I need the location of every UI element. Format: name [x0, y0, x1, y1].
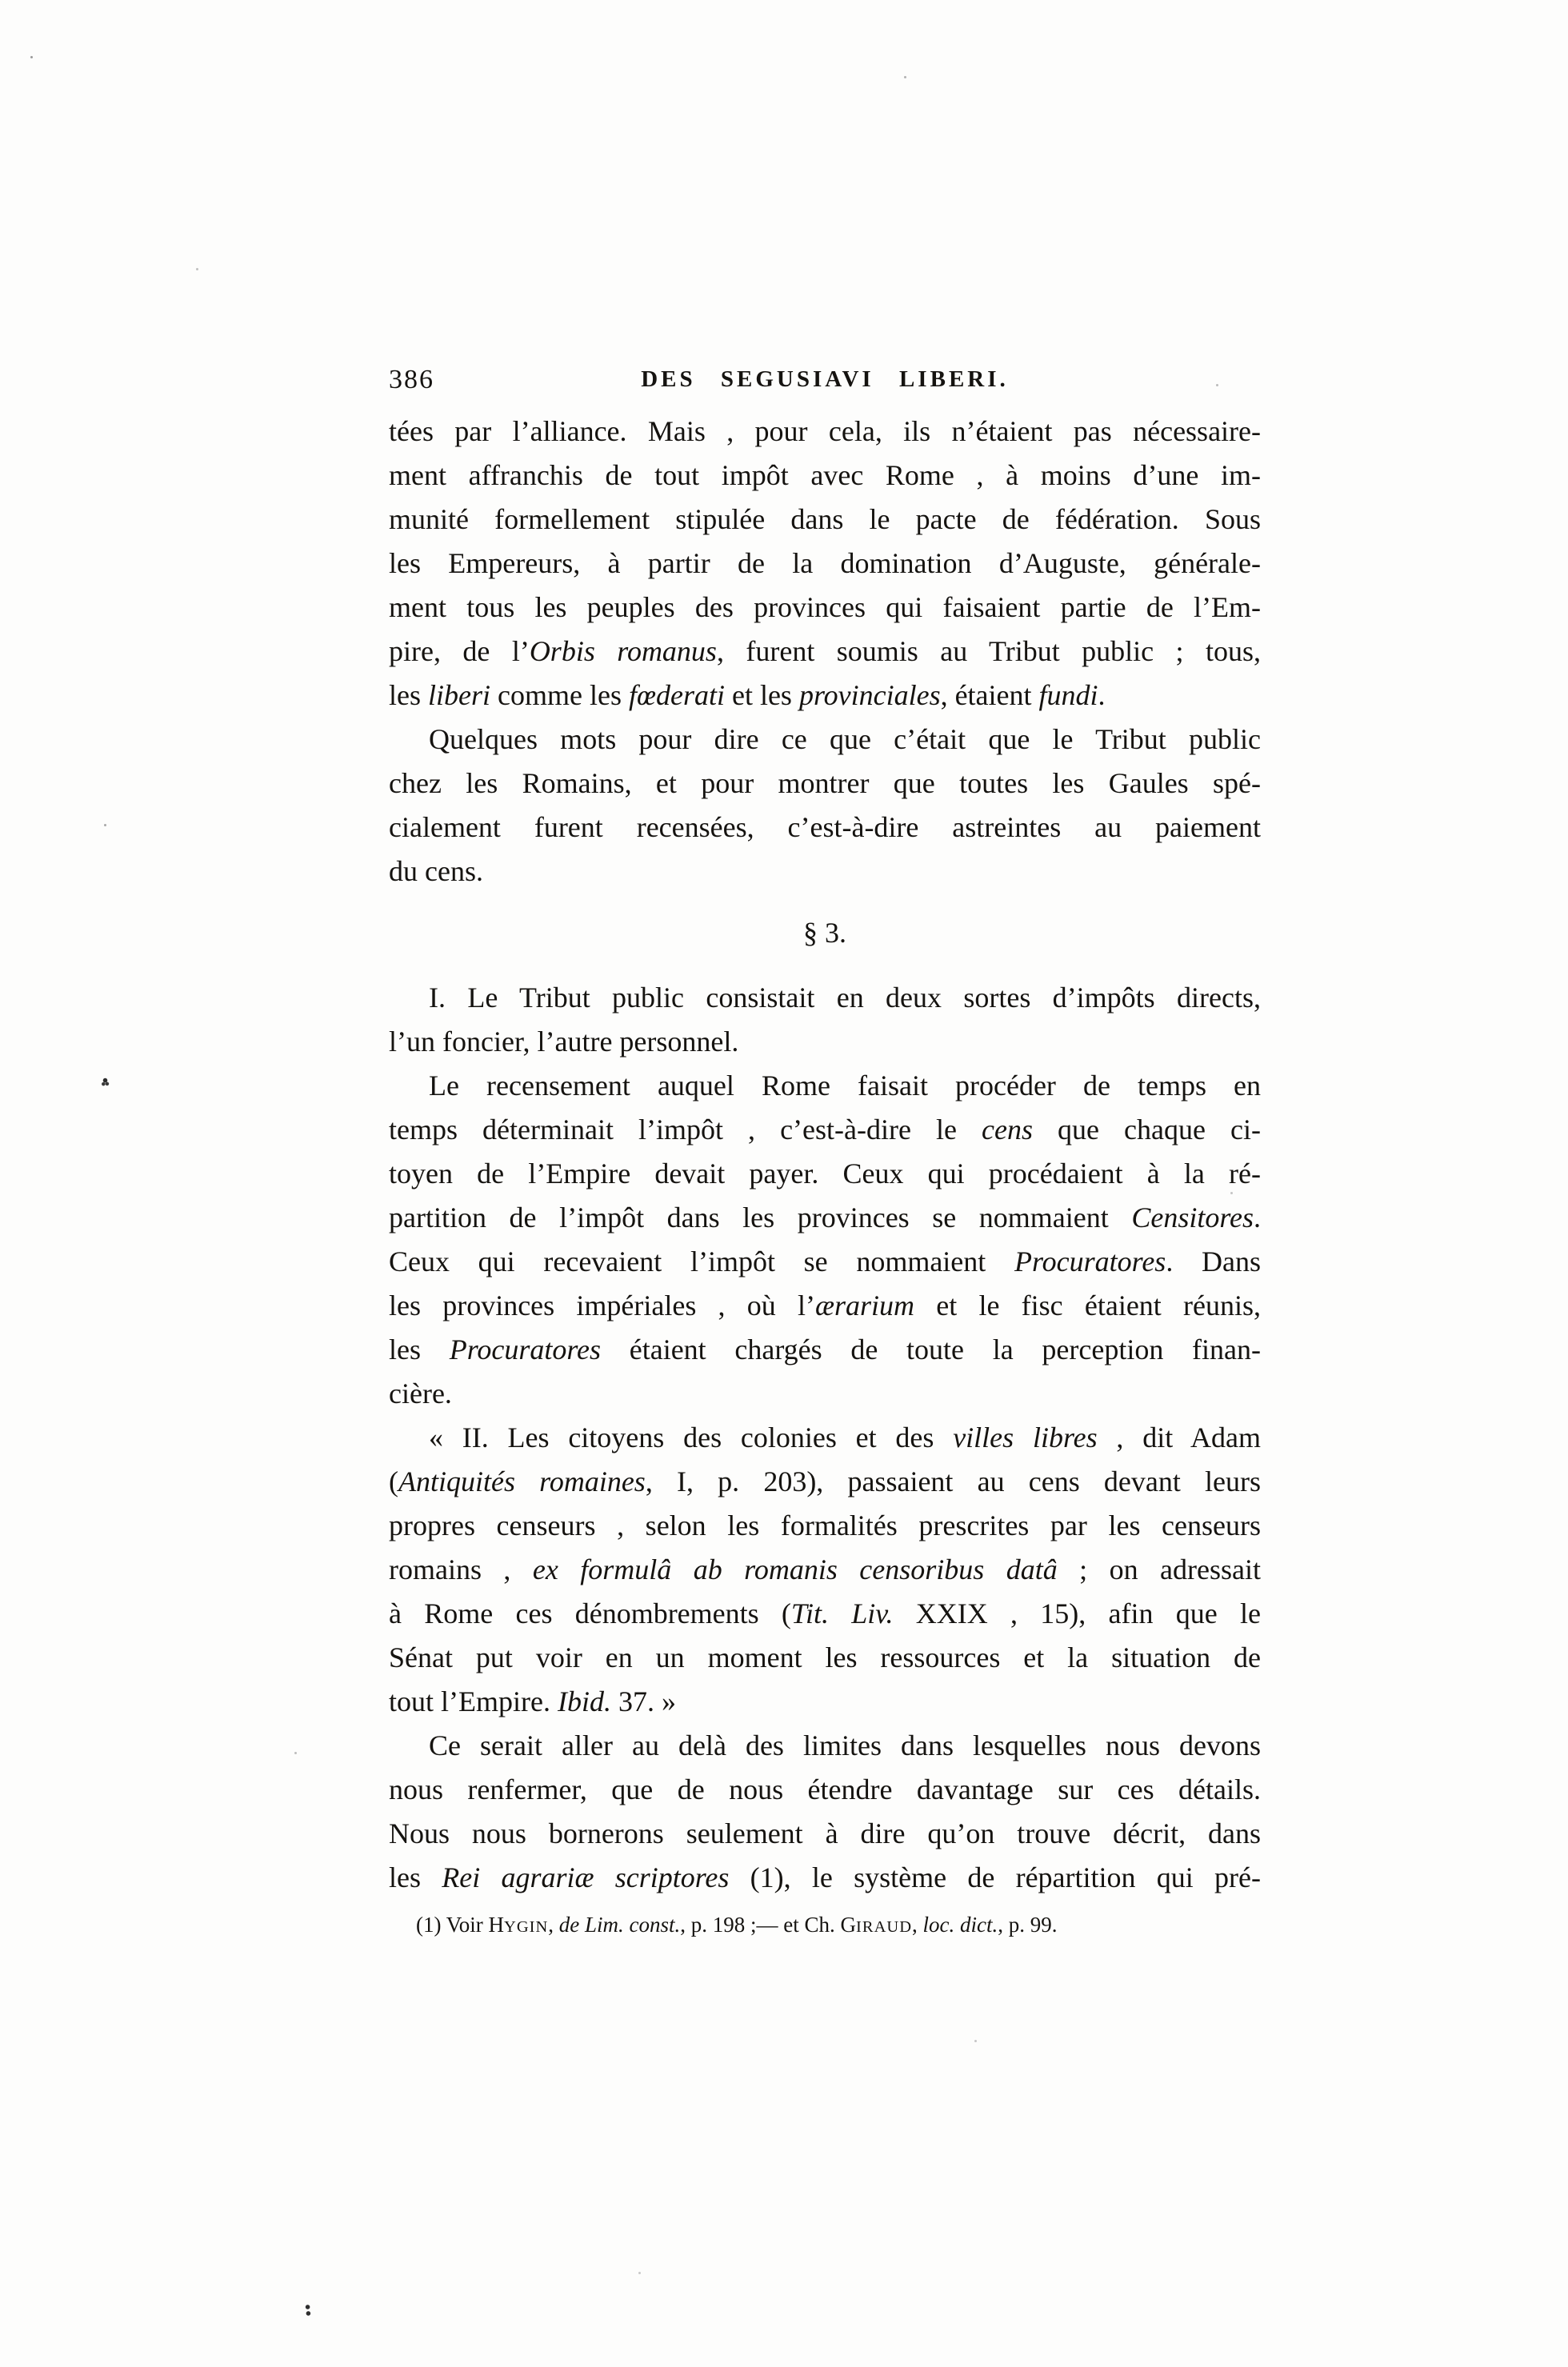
text-line: Le recensement auquel Rome faisait procé…: [389, 1064, 1261, 1108]
italic-text: loc. dict.: [923, 1913, 998, 1937]
text-segment: munité formellement stipulée dans le pac…: [389, 503, 1261, 535]
section-heading: § 3.: [389, 911, 1261, 955]
italic-text: villes libres: [953, 1421, 1097, 1453]
text-segment: XXIX , 15), afin que le: [894, 1597, 1261, 1629]
italic-text: ex formulâ ab romanis censoribus datâ: [533, 1553, 1058, 1585]
footnote: (1) Voir HYGIN, de Lim. const., p. 198 ;…: [389, 1910, 1261, 1941]
italic-text: fœderati: [629, 679, 725, 711]
bottom-scan-mark: [305, 2304, 311, 2317]
text-line: « II. Les citoyens des colonies et des v…: [389, 1416, 1261, 1460]
text-segment: , p. 198 ;— et Ch.: [680, 1913, 840, 1937]
text-segment: .: [1098, 679, 1106, 711]
text-segment: partition de l’impôt dans les provinces …: [389, 1201, 1131, 1233]
italic-text: Censitores: [1131, 1201, 1254, 1233]
text-line: cière.: [389, 1372, 1261, 1416]
text-segment: (: [389, 1465, 398, 1497]
text-line: romains , ex formulâ ab romanis censorib…: [389, 1548, 1261, 1592]
text-line: les provinces impériales , où l’ærarium …: [389, 1284, 1261, 1328]
text-line: Sénat put voir en un moment les ressourc…: [389, 1636, 1261, 1680]
text-segment: les provinces impériales , où l’: [389, 1289, 815, 1321]
text-segment: à Rome ces dénombrements (: [389, 1597, 791, 1629]
text-segment: toyen de l’Empire devait payer. Ceux qui…: [389, 1158, 1261, 1189]
text-segment: ,: [912, 1913, 923, 1937]
text-line: (1) Voir HYGIN, de Lim. const., p. 198 ;…: [389, 1910, 1261, 1941]
scan-speckles: [30, 56, 33, 58]
text-line: cialement furent recensées, c’est-à-dire…: [389, 806, 1261, 850]
smallcaps-text: H: [489, 1913, 505, 1937]
text-line: Ce serait aller au delà des limites dans…: [389, 1724, 1261, 1768]
running-title: DES SEGUSIAVI LIBERI.: [389, 362, 1261, 393]
text-segment: nous renfermer, que de nous étendre dava…: [389, 1773, 1261, 1805]
italic-text: liberi: [428, 679, 490, 711]
text-segment: 37. »: [611, 1685, 676, 1717]
text-segment: ; on adressait: [1058, 1553, 1261, 1585]
text-line: les Rei agrariæ scriptores (1), le systè…: [389, 1856, 1261, 1900]
text-line: à Rome ces dénombrements (Tit. Liv. XXIX…: [389, 1592, 1261, 1636]
text-segment: , I, p. 203), passaient au cens devant l…: [646, 1465, 1261, 1497]
text-line: tout l’Empire. Ibid. 37. »: [389, 1680, 1261, 1724]
text-line: munité formellement stipulée dans le pac…: [389, 498, 1261, 542]
text-line: du cens.: [389, 850, 1261, 894]
text-segment: les Empereurs, à partir de la domination…: [389, 547, 1261, 579]
text-segment: les: [389, 1861, 442, 1893]
text-line: partition de l’impôt dans les provinces …: [389, 1196, 1261, 1240]
italic-text: Orbis romanus: [530, 635, 717, 667]
text-line: chez les Romains, et pour montrer que to…: [389, 762, 1261, 806]
page-header: 386 DES SEGUSIAVI LIBERI.: [389, 362, 1261, 398]
scanned-page: 386 DES SEGUSIAVI LIBERI. tées par l’all…: [0, 0, 1568, 2367]
italic-text: ærarium: [815, 1289, 914, 1321]
paragraph: I. Le Tribut public consistait en deux s…: [389, 976, 1261, 1064]
paragraph: Le recensement auquel Rome faisait procé…: [389, 1064, 1261, 1416]
text-segment: , furent soumis au Tribut public ; tous,: [717, 635, 1261, 667]
italic-text: fundi: [1039, 679, 1098, 711]
text-segment: pire, de l’: [389, 635, 530, 667]
text-segment: romains ,: [389, 1553, 533, 1585]
text-line: (Antiquités romaines, I, p. 203), passai…: [389, 1460, 1261, 1504]
italic-text: Procuratores: [1014, 1245, 1166, 1277]
body-text: tées par l’alliance. Mais , pour cela, i…: [389, 410, 1261, 1900]
text-line: Quelques mots pour dire ce que c’était q…: [389, 718, 1261, 762]
text-segment: les: [389, 1333, 450, 1365]
text-line: nous renfermer, que de nous étendre dava…: [389, 1768, 1261, 1812]
text-segment: et les: [725, 679, 799, 711]
text-line: les Procuratores étaient chargés de tout…: [389, 1328, 1261, 1372]
text-segment: temps déterminait l’impôt , c’est-à-dire…: [389, 1114, 982, 1146]
text-line: propres censeurs , selon les formalités …: [389, 1504, 1261, 1548]
text-segment: ment affranchis de tout impôt avec Rome …: [389, 459, 1261, 491]
text-segment: étaient chargés de toute la perception f…: [601, 1333, 1261, 1365]
text-line: pire, de l’Orbis romanus, furent soumis …: [389, 630, 1261, 674]
text-segment: Sénat put voir en un moment les ressourc…: [389, 1641, 1261, 1673]
text-line: ment tous les peuples des provinces qui …: [389, 586, 1261, 630]
text-segment: ment tous les peuples des provinces qui …: [389, 591, 1261, 623]
margin-mark: [101, 1077, 110, 1087]
text-segment: cialement furent recensées, c’est-à-dire…: [389, 811, 1261, 843]
text-line: Nous nous bornerons seulement à dire qu’…: [389, 1812, 1261, 1856]
text-line: toyen de l’Empire devait payer. Ceux qui…: [389, 1152, 1261, 1196]
text-segment: I. Le Tribut public consistait en deux s…: [429, 982, 1261, 1014]
smallcaps-text: IRAUD: [856, 1918, 912, 1936]
text-segment: , p. 99.: [998, 1913, 1057, 1937]
text-segment: les: [389, 679, 428, 711]
smallcaps-text: YGIN: [504, 1918, 548, 1936]
paragraph: « II. Les citoyens des colonies et des v…: [389, 1416, 1261, 1724]
italic-text: Procuratores: [450, 1333, 601, 1365]
text-segment: Ceux qui recevaient l’impôt se nommaient: [389, 1245, 1014, 1277]
text-segment: (1), le système de répartition qui pré-: [729, 1861, 1261, 1893]
text-line: I. Le Tribut public consistait en deux s…: [389, 976, 1261, 1020]
text-line: temps déterminait l’impôt , c’est-à-dire…: [389, 1108, 1261, 1152]
italic-text: Ibid.: [558, 1685, 611, 1717]
text-segment: , étaient: [941, 679, 1039, 711]
text-segment: tées par l’alliance. Mais , pour cela, i…: [389, 415, 1261, 447]
text-segment: cière.: [389, 1377, 452, 1409]
paragraph: Ce serait aller au delà des limites dans…: [389, 1724, 1261, 1900]
text-segment: du cens.: [389, 855, 483, 887]
text-segment: , dit Adam: [1098, 1421, 1261, 1453]
text-line: tées par l’alliance. Mais , pour cela, i…: [389, 410, 1261, 454]
text-segment: comme les: [490, 679, 629, 711]
text-segment: « II. Les citoyens des colonies et des: [429, 1421, 953, 1453]
text-line: l’un foncier, l’autre personnel.: [389, 1020, 1261, 1064]
text-segment: Nous nous bornerons seulement à dire qu’…: [389, 1817, 1261, 1849]
text-segment: .: [1254, 1201, 1261, 1233]
text-line: les liberi comme les fœderati et les pro…: [389, 674, 1261, 718]
text-segment: chez les Romains, et pour montrer que to…: [389, 767, 1261, 799]
text-segment: l’un foncier, l’autre personnel.: [389, 1026, 738, 1058]
smallcaps-text: G: [841, 1913, 857, 1937]
text-segment: propres censeurs , selon les formalités …: [389, 1509, 1261, 1541]
text-segment: (1) Voir: [416, 1913, 489, 1937]
italic-text: cens: [982, 1114, 1033, 1146]
page-number: 386: [389, 365, 434, 395]
text-segment: et le fisc étaient réunis,: [914, 1289, 1261, 1321]
text-segment: ,: [548, 1913, 559, 1937]
text-segment: Quelques mots pour dire ce que c’était q…: [429, 723, 1261, 755]
italic-text: Tit. Liv.: [791, 1597, 894, 1629]
text-segment: que chaque ci-: [1033, 1114, 1261, 1146]
text-segment: Ce serait aller au delà des limites dans…: [429, 1729, 1261, 1761]
text-line: les Empereurs, à partir de la domination…: [389, 542, 1261, 586]
text-segment: Le recensement auquel Rome faisait procé…: [429, 1070, 1261, 1102]
text-segment: . Dans: [1166, 1245, 1261, 1277]
paragraph: tées par l’alliance. Mais , pour cela, i…: [389, 410, 1261, 718]
italic-text: de Lim. const.: [559, 1913, 681, 1937]
italic-text: Antiquités romaines: [398, 1465, 646, 1497]
italic-text: Rei agrariæ scriptores: [442, 1861, 729, 1893]
text-segment: tout l’Empire.: [389, 1685, 558, 1717]
paragraph: Quelques mots pour dire ce que c’était q…: [389, 718, 1261, 894]
text-line: Ceux qui recevaient l’impôt se nommaient…: [389, 1240, 1261, 1284]
text-line: ment affranchis de tout impôt avec Rome …: [389, 454, 1261, 498]
italic-text: provinciales: [799, 679, 941, 711]
